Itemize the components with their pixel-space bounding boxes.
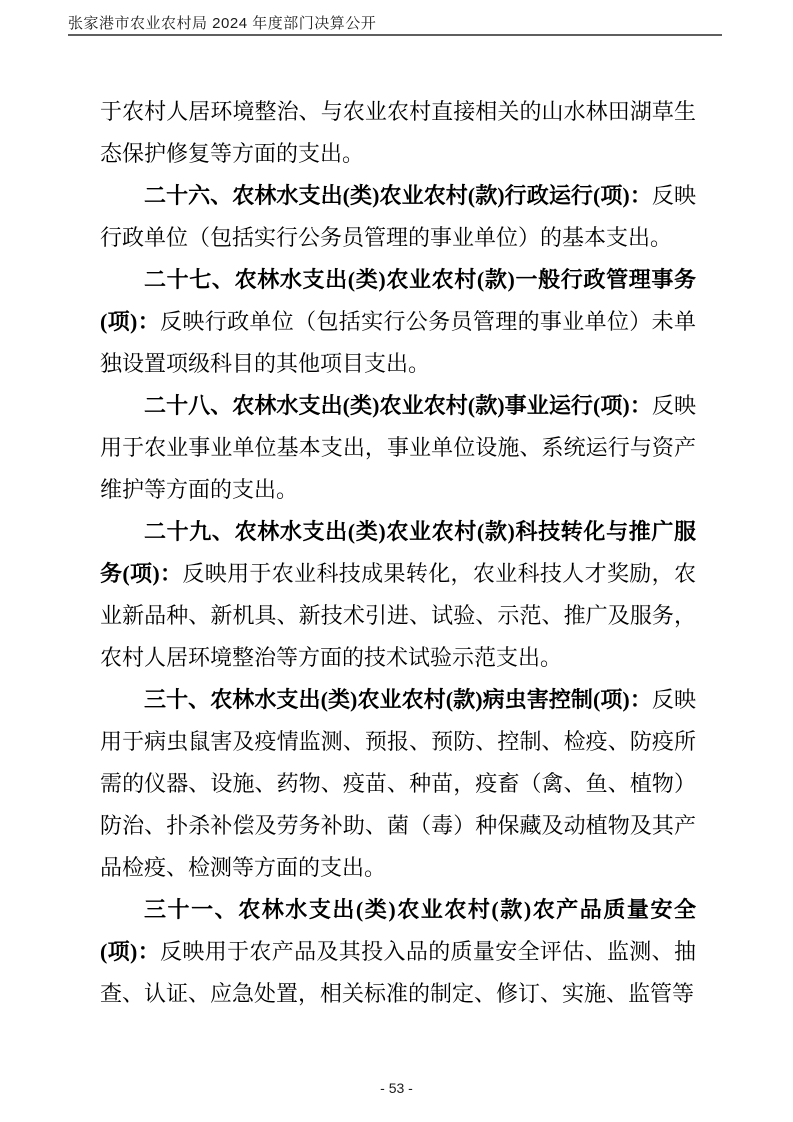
paragraph-text: 反映行政单位（包括实行公务员管理的事业单位）未单独设置项级科目的其他项目支出。	[100, 309, 696, 376]
page-header-title: 张家港市农业农村局 2024 年度部门决算公开	[68, 15, 376, 33]
paragraph-lead: 二十八、农林水支出(类)农业农村(款)事业运行(项)：	[144, 393, 652, 418]
page-number: - 53 -	[0, 1079, 793, 1097]
header-divider	[68, 34, 722, 36]
paragraph-item-30: 三十、农林水支出(类)农业农村(款)病虫害控制(项)：反映用于病虫鼠害及疫情监测…	[100, 679, 696, 889]
paragraph-item-31: 三十一、农林水支出(类)农业农村(款)农产品质量安全(项)：反映用于农产品及其投…	[100, 889, 696, 1015]
paragraph-text: 反映用于农业科技成果转化，农业科技人才奖励，农业新品种、新机具、新技术引进、试验…	[100, 561, 696, 670]
paragraph-text: 反映用于农产品及其投入品的质量安全评估、监测、抽查、认证、应急处置，相关标准的制…	[100, 939, 696, 1006]
paragraph-item-26: 二十六、农林水支出(类)农业农村(款)行政运行(项)：反映行政单位（包括实行公务…	[100, 175, 696, 259]
document-body: 于农村人居环境整治、与农业农村直接相关的山水林田湖草生态保护修复等方面的支出。 …	[100, 91, 696, 1015]
document-page: 张家港市农业农村局 2024 年度部门决算公开 于农村人居环境整治、与农业农村直…	[0, 0, 793, 1122]
paragraph-text: 于农村人居环境整治、与农业农村直接相关的山水林田湖草生态保护修复等方面的支出。	[100, 99, 696, 166]
paragraph-lead: 三十、农林水支出(类)农业农村(款)病虫害控制(项)：	[144, 687, 652, 712]
paragraph-item-27: 二十七、农林水支出(类)农业农村(款)一般行政管理事务(项)：反映行政单位（包括…	[100, 259, 696, 385]
paragraph-item-29: 二十九、农林水支出(类)农业农村(款)科技转化与推广服务(项)：反映用于农业科技…	[100, 511, 696, 679]
paragraph-item-28: 二十八、农林水支出(类)农业农村(款)事业运行(项)：反映用于农业事业单位基本支…	[100, 385, 696, 511]
paragraph-text: 反映用于病虫鼠害及疫情监测、预报、预防、控制、检疫、防疫所需的仪器、设施、药物、…	[100, 687, 696, 880]
paragraph-continuation: 于农村人居环境整治、与农业农村直接相关的山水林田湖草生态保护修复等方面的支出。	[100, 91, 696, 175]
paragraph-lead: 二十六、农林水支出(类)农业农村(款)行政运行(项)：	[144, 183, 652, 208]
